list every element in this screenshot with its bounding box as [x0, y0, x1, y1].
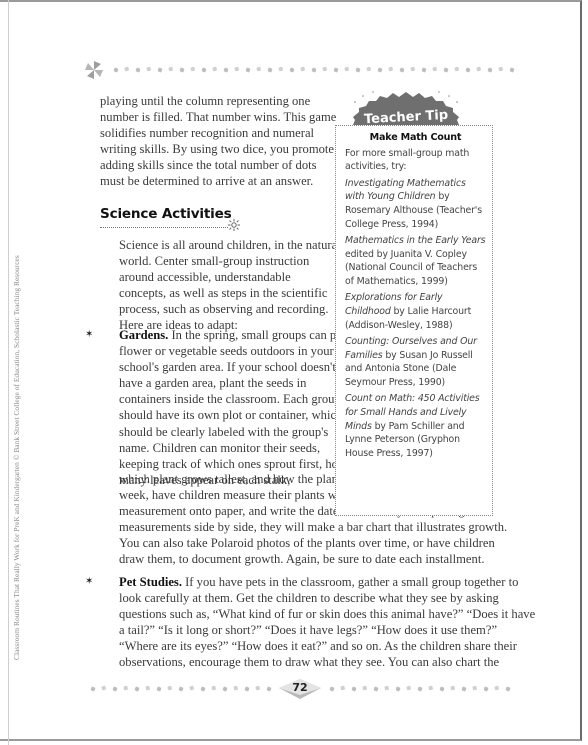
decorative-dot — [494, 686, 499, 691]
decorative-dot — [255, 686, 260, 691]
decorative-dot — [157, 67, 162, 72]
page-number-badge: 72 — [278, 678, 322, 700]
decorative-dot — [266, 686, 271, 691]
decorative-dot — [322, 67, 327, 72]
dotted-rule — [100, 227, 228, 228]
decorative-dot — [223, 67, 228, 72]
book-item: Counting: Ourselves and Our Families by … — [345, 335, 486, 390]
decorative-dot — [311, 67, 316, 72]
book-item: Mathematics in the Early Years edited by… — [345, 234, 486, 289]
side-credit: Classroom Routines That Really Work for … — [12, 100, 21, 660]
decorative-dot — [461, 686, 466, 691]
decorative-dot — [245, 67, 250, 72]
decorative-dot — [498, 67, 503, 72]
book-item: Explorations for Early Childhood by Lali… — [345, 291, 486, 332]
continuation-paragraph: playing until the column representing on… — [100, 93, 338, 190]
decorative-dot — [234, 67, 239, 72]
decorative-dot — [244, 686, 249, 691]
decorative-dot — [483, 686, 488, 691]
decorative-dot — [472, 686, 477, 691]
section-heading: Science Activities — [100, 206, 232, 222]
decorative-dot — [362, 686, 367, 691]
decorative-dot — [340, 686, 345, 691]
decorative-dot — [167, 686, 172, 691]
decorative-dot — [200, 686, 205, 691]
decorative-dot — [256, 67, 261, 72]
decorative-dot — [90, 686, 95, 691]
decorative-dot — [233, 686, 238, 691]
decorative-dot — [146, 67, 151, 72]
decorative-dot — [178, 686, 183, 691]
decorative-dot — [417, 686, 422, 691]
decorative-dot — [395, 686, 400, 691]
decorative-dot — [124, 67, 129, 72]
decorative-dot — [373, 686, 378, 691]
decorative-dot — [399, 67, 404, 72]
tip-intro: For more small-group math activities, tr… — [345, 147, 486, 174]
decorative-dot — [201, 67, 206, 72]
decorative-dot — [179, 67, 184, 72]
decorative-dot — [344, 67, 349, 72]
decorative-dot — [211, 686, 216, 691]
top-decoration — [84, 60, 517, 80]
teacher-tip-box: Make Math Count For more small-group mat… — [335, 125, 493, 516]
decorative-dot — [222, 686, 227, 691]
decorative-dot — [406, 686, 411, 691]
decorative-dot — [421, 67, 426, 72]
bullet-pet-studies: ✶Pet Studies. If you have pets in the cl… — [102, 574, 539, 671]
decorative-dot — [333, 67, 338, 72]
decorative-dot — [505, 686, 510, 691]
decorative-dot — [135, 67, 140, 72]
bullet-gardens: ✶Gardens. In the spring, small groups ca… — [102, 327, 359, 488]
decorative-dot — [300, 67, 305, 72]
decorative-dot — [443, 67, 448, 72]
book-item: Count on Math: 450 Activities for Small … — [345, 392, 486, 461]
decorative-dot — [454, 67, 459, 72]
book-item: Investigating Mathematics with Young Chi… — [345, 177, 486, 232]
book-title: Mathematics in the Early Years — [345, 235, 485, 246]
page-number: 72 — [278, 681, 322, 694]
tip-title: Make Math Count — [345, 131, 486, 145]
decorative-dot — [377, 67, 382, 72]
decorative-dot — [112, 686, 117, 691]
decorative-dot — [450, 686, 455, 691]
section-intro: Science is all around children, in the n… — [119, 237, 341, 334]
decorative-dot — [212, 67, 217, 72]
decorative-dot — [465, 67, 470, 72]
decorative-dot — [487, 67, 492, 72]
decorative-dot — [168, 67, 173, 72]
decorative-dot — [509, 67, 514, 72]
bullet-label: Pet Studies. — [119, 575, 182, 589]
decorative-dot — [410, 67, 415, 72]
bullet-label: Gardens. — [119, 328, 168, 342]
decorative-dot — [388, 67, 393, 72]
decorative-dot — [101, 686, 106, 691]
decorative-dot — [289, 67, 294, 72]
decorative-dot — [329, 686, 334, 691]
section-title: Science Activities — [100, 206, 232, 222]
sun-icon — [228, 219, 240, 233]
decorative-dot — [145, 686, 150, 691]
decorative-dot — [156, 686, 161, 691]
decorative-dot — [355, 67, 360, 72]
decorative-dot — [190, 67, 195, 72]
bullet-text: In the spring, small groups can plant fl… — [119, 328, 355, 487]
bullet-text: If you have pets in the classroom, gathe… — [119, 575, 535, 669]
decorative-dot — [113, 67, 118, 72]
pinwheel-icon — [84, 60, 104, 80]
star-bullet-icon: ✶ — [85, 327, 93, 343]
decorative-dot — [432, 67, 437, 72]
side-rule — [8, 0, 9, 745]
decorative-dot — [351, 686, 356, 691]
bottom-decoration: 72 — [87, 678, 513, 700]
decorative-dot — [189, 686, 194, 691]
decorative-dot — [366, 67, 371, 72]
decorative-dot — [123, 686, 128, 691]
decorative-dot — [278, 67, 283, 72]
star-bullet-icon: ✶ — [85, 574, 93, 590]
decorative-dot — [476, 67, 481, 72]
decorative-dot — [384, 686, 389, 691]
decorative-dot — [428, 686, 433, 691]
decorative-dot — [134, 686, 139, 691]
decorative-dot — [439, 686, 444, 691]
decorative-dot — [267, 67, 272, 72]
